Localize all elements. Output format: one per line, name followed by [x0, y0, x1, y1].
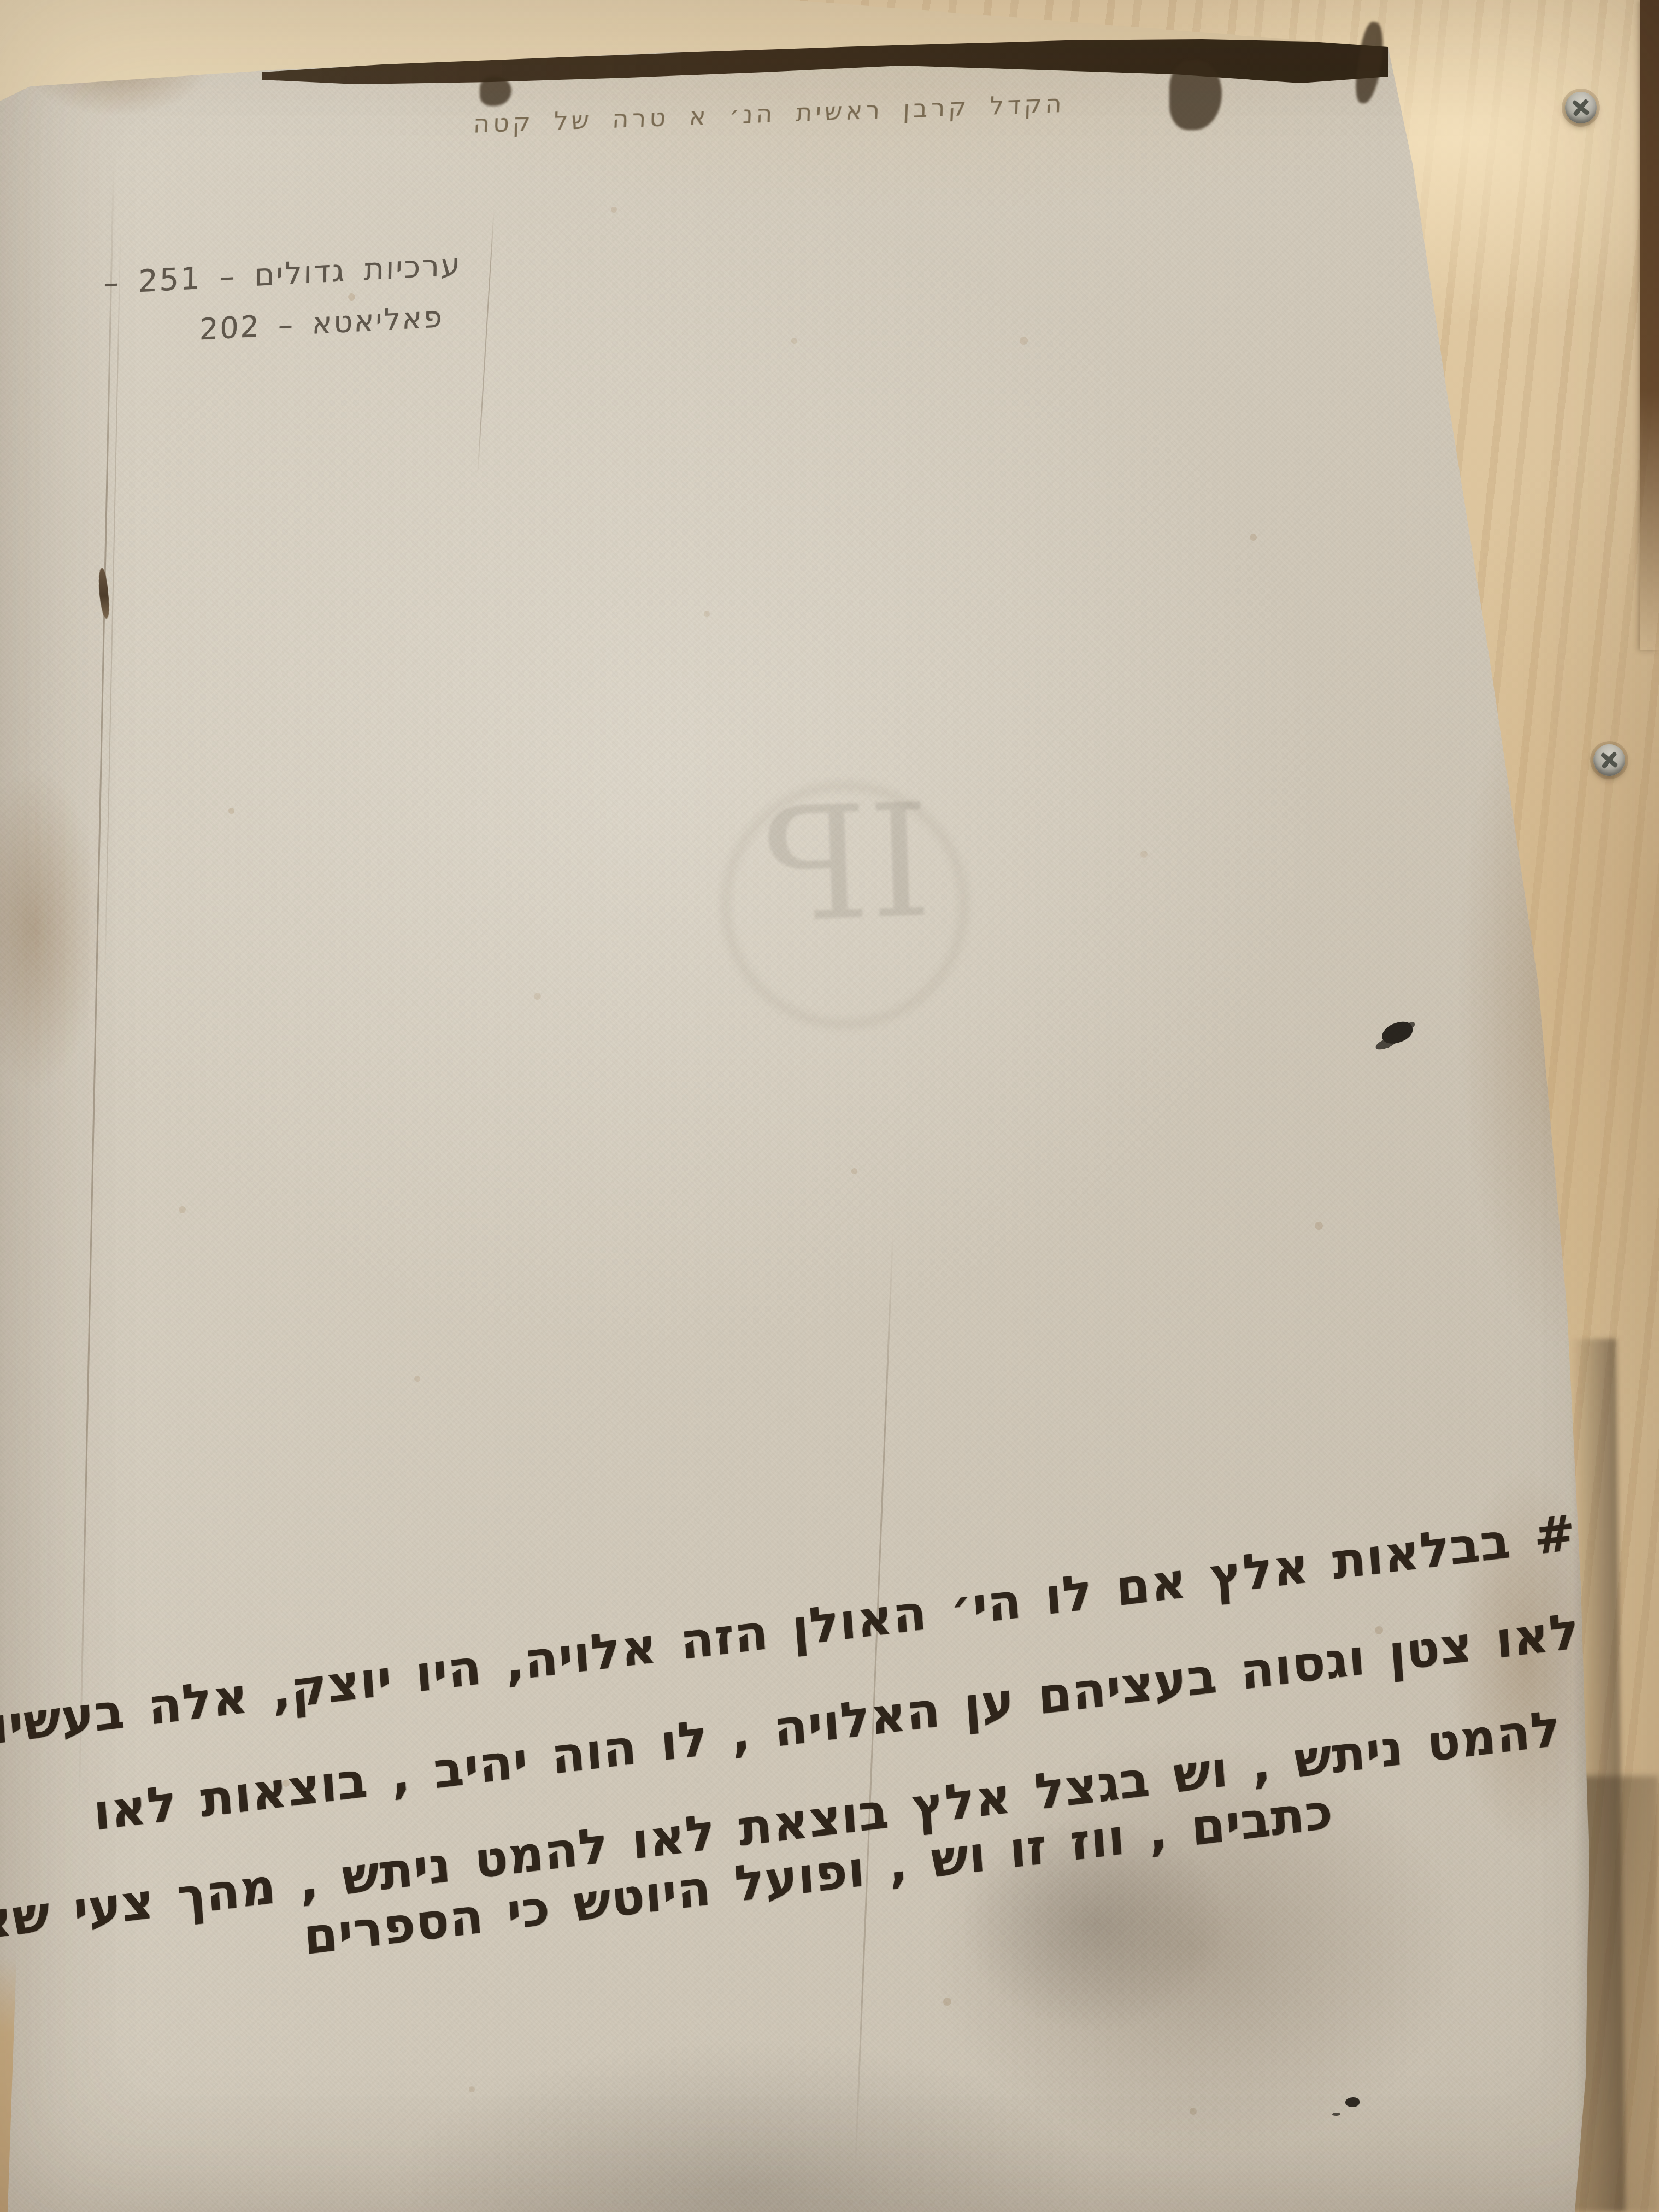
ink-dot: [1345, 2097, 1360, 2107]
plywood-board-edge: [1640, 0, 1659, 650]
watermark-letters: IP: [761, 783, 933, 945]
photo-of-manuscript: IP הקדל קרבן ראשית הנ׳ א טרה של קטה ערכי…: [0, 0, 1659, 2212]
edge-shadow: [1569, 1339, 1626, 2212]
